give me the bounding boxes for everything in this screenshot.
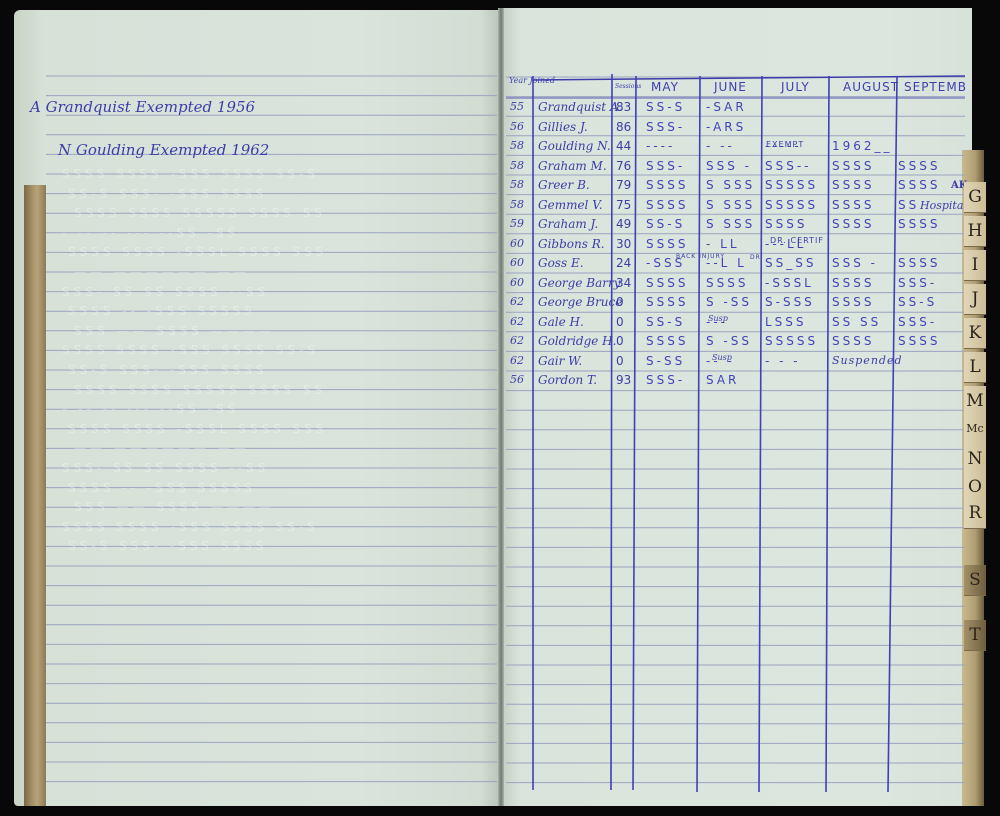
year-joined: 58: [510, 159, 524, 172]
july-attendance: - - -: [765, 354, 801, 368]
year-joined: 59: [510, 217, 524, 230]
member-name: Gair W.: [538, 354, 582, 368]
sessions-count: 86: [616, 120, 631, 134]
may-attendance: SSSS: [646, 334, 688, 348]
september-attendance: SSSS: [898, 159, 940, 173]
september-attendance: SSSS: [898, 256, 940, 270]
member-name: George Barry: [538, 276, 620, 290]
index-tab-r[interactable]: R: [964, 498, 986, 529]
ghost-impression: SSS —— SSSS ————: [74, 324, 275, 338]
august-attendance: SSSS: [832, 217, 874, 231]
ghost-impression: SSS- SS SS SSSS --SS: [62, 285, 269, 299]
may-attendance: ----: [646, 139, 675, 153]
sessions-count: 24: [616, 256, 631, 270]
ghost-impression: - -- -- --- --SS -SS: [62, 402, 239, 416]
index-tab-k[interactable]: K: [964, 318, 986, 349]
header-august: AUGUST: [843, 80, 899, 94]
ghost-impression: —— —————— ——: [74, 441, 250, 455]
july-attendance: SSSSS: [765, 198, 818, 212]
may-attendance: S-SS: [646, 354, 685, 368]
ghost-impression: SSS- SS SS SSSS --SS: [62, 461, 269, 475]
may-attendance: SSSS: [646, 276, 688, 290]
header-september: SEPTEMB: [904, 80, 967, 94]
sessions-count: 44: [616, 139, 631, 153]
august-attendance: SSSS: [832, 276, 874, 290]
ghost-impression: SS-S SSS- -SSS SSSS: [68, 363, 267, 377]
ghost-impression: SSSS -- -SSS SSSSS: [68, 481, 256, 495]
year-joined: 55: [510, 100, 524, 113]
header-year-joined: Year Joined: [509, 76, 555, 85]
year-joined: 62: [510, 295, 524, 308]
index-tab-j[interactable]: J: [964, 284, 986, 315]
june-attendance: - --: [706, 139, 735, 153]
ghost-impression: SSSS SSSS -SSSL SSSS SSS: [68, 422, 327, 436]
august-attendance: SSSS: [832, 198, 874, 212]
index-tab-g[interactable]: G: [964, 182, 986, 213]
july-attendance: SSS--: [765, 159, 812, 173]
august-attendance: 1962__: [832, 139, 893, 153]
sessions-count: 0: [616, 315, 624, 329]
sessions-count: 75: [616, 198, 631, 212]
left-note-1: A Grandquist Exempted 1956: [30, 98, 255, 116]
may-attendance: SSSS: [646, 198, 688, 212]
member-name: George Bruce: [538, 295, 622, 309]
may-attendance: SS-S: [646, 315, 685, 329]
header-june: JUNE: [714, 80, 747, 94]
june-attendance: S SSS: [706, 178, 755, 192]
july-attendance: -SSSL: [765, 276, 814, 290]
member-name: Gemmel V.: [538, 198, 603, 212]
annotation-exempt: EXEMPT: [766, 140, 804, 149]
member-name: Gibbons R.: [538, 237, 605, 251]
ghost-impression: SSSS SSSS -SSSL SSSS SSS: [68, 245, 327, 259]
member-name: Gillies J.: [538, 120, 588, 134]
year-joined: 56: [510, 120, 524, 133]
year-joined: 58: [510, 139, 524, 152]
year-joined: 56: [510, 373, 524, 386]
index-tab-m[interactable]: M: [964, 386, 986, 417]
annotation-dr: DR: [750, 254, 761, 261]
member-name: Grandquist A.: [538, 100, 622, 114]
annotation-susp-1: Susp: [708, 314, 728, 323]
august-attendance: Suspended: [832, 354, 903, 367]
ghost-impression: SS-S SSS- -SSS SSSS: [68, 187, 267, 201]
year-joined: 62: [510, 315, 524, 328]
ghost-impression: SS-S SSS- -SSS SSSS: [68, 539, 267, 553]
sessions-count: 30: [616, 237, 631, 251]
ghost-impression: - -- -- --- --SS -SS: [62, 226, 239, 240]
annotation-hospital: Hospital: [920, 199, 967, 212]
member-name: Graham M.: [538, 159, 607, 173]
annotation-back-injury: BACK INJURY: [676, 253, 725, 260]
left-binding-edge: [24, 185, 46, 806]
june-attendance: SSSS: [706, 276, 748, 290]
annotation-susp-2: Susp: [712, 353, 732, 362]
july-attendance: SSSS: [765, 217, 807, 231]
member-name: Gale H.: [538, 315, 584, 329]
may-attendance: SS-S: [646, 100, 685, 114]
index-tab-h[interactable]: H: [964, 216, 986, 247]
ghost-impression: —— —————— ——: [74, 265, 250, 279]
ghost-impression: SSSS SSSS SSSSS SSSS SS: [74, 383, 326, 397]
ghost-impression: SSS —— SSSS ————: [74, 500, 275, 514]
may-attendance: SS-S: [646, 217, 685, 231]
member-name: Goldridge H.: [538, 334, 616, 348]
member-name: Goss E.: [538, 256, 584, 270]
august-attendance: SSSS: [832, 334, 874, 348]
header-may: MAY: [651, 80, 679, 94]
sessions-count: 79: [616, 178, 631, 192]
september-attendance: SSS-: [898, 276, 937, 290]
september-attendance: SSSS: [898, 334, 940, 348]
year-joined: 60: [510, 256, 524, 269]
index-tab-s[interactable]: S: [964, 565, 986, 596]
july-attendance: SSSSS: [765, 178, 818, 192]
august-attendance: SSSS: [832, 295, 874, 309]
year-joined: 60: [510, 237, 524, 250]
july-attendance: SS_SS: [765, 256, 816, 270]
ghost-impression: SSSS SSSS -SSS SSSS SS-S: [62, 520, 319, 534]
may-attendance: SSS-: [646, 373, 685, 387]
sessions-count: 0: [616, 354, 624, 368]
july-attendance: S-SSS: [765, 295, 815, 309]
ledger-book: SSSS SSSS -SSS SSSS SS-SSS-S SSS- -SSS S…: [0, 0, 1000, 816]
july-attendance: SSSSS: [765, 334, 818, 348]
ghost-impression: SSSS SSSS -SSS SSSS SS-S: [62, 167, 319, 181]
header-sessions: Sessions: [615, 82, 641, 91]
june-attendance: S SSS: [706, 217, 755, 231]
august-attendance: SSSS: [832, 159, 874, 173]
left-note-2: N Goulding Exempted 1962: [58, 141, 269, 159]
index-tab-t[interactable]: T: [964, 620, 986, 651]
sessions-count: 34: [616, 276, 631, 290]
sessions-count: 49: [616, 217, 631, 231]
june-attendance: SSS -: [706, 159, 752, 173]
june-attendance: -SAR: [706, 100, 747, 114]
june-attendance: -ARS: [706, 120, 746, 134]
september-attendance: SSSS: [898, 217, 940, 231]
book-gutter: [498, 8, 504, 806]
september-attendance: SSS-: [898, 315, 937, 329]
ghost-impression: SSSS SSSS SSSSS SSSS SS: [74, 206, 326, 220]
june-attendance: S -SS: [706, 334, 752, 348]
year-joined: 58: [510, 178, 524, 191]
august-attendance: SSS -: [832, 256, 878, 270]
sessions-count: 93: [616, 373, 631, 387]
august-attendance: SSSS: [832, 178, 874, 192]
year-joined: 62: [510, 334, 524, 347]
june-attendance: SAR: [706, 373, 739, 387]
member-name: Gordon T.: [538, 373, 597, 387]
may-attendance: SSSS: [646, 295, 688, 309]
member-name: Goulding N.: [538, 139, 611, 153]
year-joined: 58: [510, 198, 524, 211]
header-july: JULY: [781, 80, 810, 94]
may-attendance: SSSS: [646, 178, 688, 192]
sessions-count: 0: [616, 334, 624, 348]
june-attendance: S SSS: [706, 198, 755, 212]
index-tab-i[interactable]: I: [964, 250, 986, 281]
june-attendance: S -SS: [706, 295, 752, 309]
sessions-count: 0: [616, 295, 624, 309]
may-attendance: SSS-: [646, 120, 685, 134]
september-attendance: SS: [898, 198, 919, 212]
sessions-count: 76: [616, 159, 631, 173]
ghost-impression: SSSS -- -SSS SSSSS: [68, 304, 256, 318]
annotation-dr-certif: DR. CERTIF: [770, 236, 824, 245]
may-attendance: SSS-: [646, 159, 685, 173]
ghost-impression: SSSS SSSS -SSS SSSS SS-S: [62, 343, 319, 357]
september-attendance: SSSS: [898, 178, 940, 192]
member-name: Greer B.: [538, 178, 590, 192]
september-attendance: SS-S: [898, 295, 937, 309]
july-attendance: LSSS: [765, 315, 807, 329]
year-joined: 62: [510, 354, 524, 367]
year-joined: 60: [510, 276, 524, 289]
index-tab-mc[interactable]: Mc: [964, 414, 986, 445]
may-attendance: SSSS: [646, 237, 688, 251]
index-tab-n[interactable]: N: [964, 444, 986, 475]
index-tab-l[interactable]: L: [964, 352, 986, 383]
member-name: Graham J.: [538, 217, 598, 231]
august-attendance: SS SS: [832, 315, 881, 329]
june-attendance: - LL: [706, 237, 740, 251]
sessions-count: 83: [616, 100, 631, 114]
